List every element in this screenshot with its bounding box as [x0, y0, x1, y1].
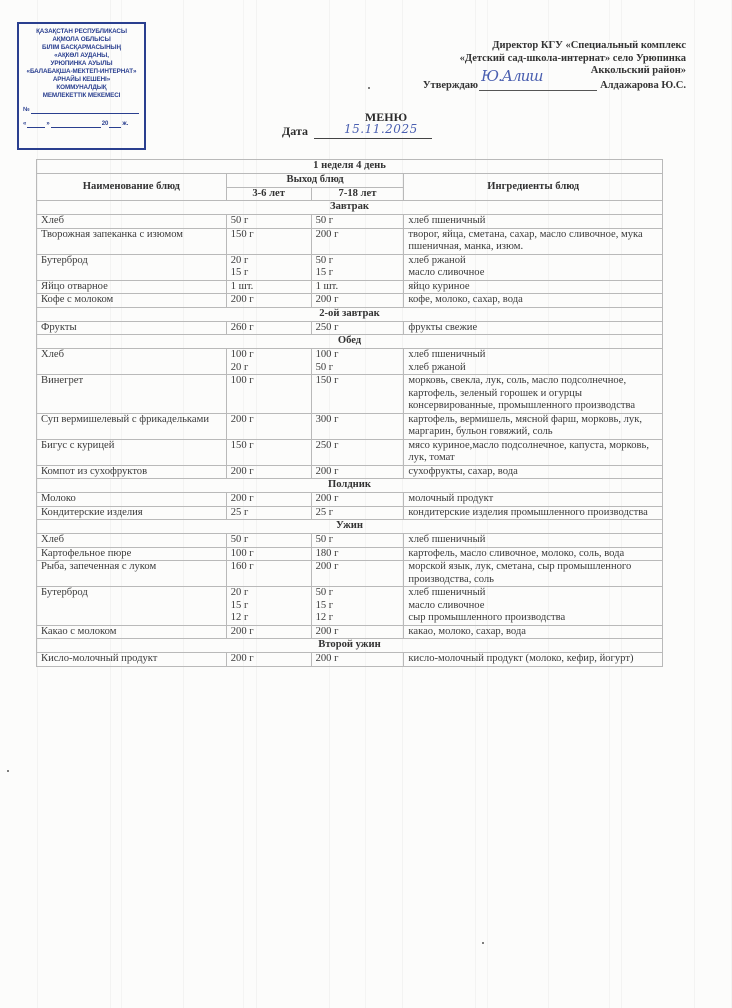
meal-section-header: Обед [37, 335, 663, 349]
dish-name: Хлеб [37, 534, 227, 548]
yield-3-6-cell: 20 г15 г12 г [226, 587, 311, 626]
ingredients-value: какао, молоко, сахар, вода [408, 626, 658, 639]
week-day-header: 1 неделя 4 день [37, 160, 663, 174]
yield-3-6-value: 1 шт. [231, 281, 307, 294]
yield-3-6-value: 150 г [231, 440, 307, 453]
table-row: Кофе с молоком200 г200 гкофе, молоко, са… [37, 294, 663, 308]
meal-section-header: Полдник [37, 479, 663, 493]
stamp-day-line [27, 127, 45, 128]
ingredients-value: творог, яйца, сметана, сахар, масло слив… [408, 229, 658, 254]
yield-7-18-value: 15 г [316, 600, 400, 613]
yield-3-6-cell: 200 г [226, 493, 311, 507]
ingredients-cell: хлеб пшеничныймасло сливочноесыр промышл… [404, 587, 663, 626]
yield-3-6-value: 15 г [231, 600, 307, 613]
stamp-line: КОММУНАЛДЫҚ [19, 84, 144, 92]
yield-3-6-cell: 200 г [226, 653, 311, 667]
table-row: Хлеб50 г50 гхлеб пшеничный [37, 534, 663, 548]
ingredients-cell: молочный продукт [404, 493, 663, 507]
yield-7-18-cell: 50 г15 г12 г [311, 587, 404, 626]
ingredients-value: сухофрукты, сахар, вода [408, 466, 658, 479]
ingredients-cell: творог, яйца, сметана, сахар, масло слив… [404, 228, 663, 254]
yield-7-18-value: 25 г [316, 507, 400, 520]
yield-7-18-cell: 200 г [311, 561, 404, 587]
dish-name: Суп вермишелевый с фрикадельками [37, 413, 227, 439]
speck [7, 770, 9, 772]
signature-line: Ю.Алиш [479, 78, 597, 91]
table-row: Бутерброд20 г15 г50 г15 гхлеб ржаноймасл… [37, 254, 663, 280]
stamp-year-line [109, 127, 121, 128]
stamp-month-line [51, 127, 101, 128]
dish-name: Молоко [37, 493, 227, 507]
ingredients-cell: кофе, молоко, сахар, вода [404, 294, 663, 308]
meal-section-header: Ужин [37, 520, 663, 534]
ingredients-value: картофель, масло сливочное, молоко, соль… [408, 548, 658, 561]
yield-7-18-value: 50 г [316, 534, 400, 547]
ingredients-value: мясо куриное,масло подсолнечное, капуста… [408, 440, 658, 465]
meal-section-title: Обед [37, 335, 663, 349]
dish-name: Яйцо отварное [37, 280, 227, 294]
yield-3-6-value: 20 г [231, 362, 307, 375]
yield-7-18-value: 150 г [316, 375, 400, 388]
meal-section-title: Завтрак [37, 201, 663, 215]
ingredients-value: картофель, вермишель, мясной фарш, морко… [408, 414, 658, 439]
yield-3-6-value: 15 г [231, 267, 307, 280]
yield-7-18-cell: 200 г [311, 465, 404, 479]
yield-7-18-cell: 50 г15 г [311, 254, 404, 280]
yield-3-6-value: 20 г [231, 255, 307, 268]
ingredients-value: масло сливочное [408, 267, 658, 280]
handwritten-signature: Ю.Алиш [481, 70, 542, 83]
ingredients-value: хлеб ржаной [408, 255, 658, 268]
yield-3-6-value: 12 г [231, 612, 307, 625]
dish-name: Бутерброд [37, 587, 227, 626]
dish-name: Бигус с курицей [37, 439, 227, 465]
yield-7-18-value: 200 г [316, 493, 400, 506]
ingredients-value: морковь, свекла, лук, соль, масло подсол… [408, 375, 658, 413]
col-ingredients-header: Ингредиенты блюд [404, 174, 663, 201]
yield-7-18-cell: 150 г [311, 375, 404, 414]
dish-name: Кисло-молочный продукт [37, 653, 227, 667]
dish-name: Творожная запеканка с изюмом [37, 228, 227, 254]
meal-section-title: Полдник [37, 479, 663, 493]
date-line: 15.11.2025 [314, 124, 432, 139]
dish-name: Фрукты [37, 321, 227, 335]
yield-7-18-value: 100 г [316, 349, 400, 362]
table-row: Винегрет100 г150 гморковь, свекла, лук, … [37, 375, 663, 414]
dish-name: Бутерброд [37, 254, 227, 280]
yield-7-18-value: 200 г [316, 653, 400, 666]
stamp-line: МЕМЛЕКЕТТІК МЕКЕМЕСІ [19, 92, 144, 100]
meal-section-title: Ужин [37, 520, 663, 534]
ingredients-cell: морской язык, лук, сметана, сыр промышле… [404, 561, 663, 587]
col-yield-header: Выход блюд [226, 174, 404, 188]
yield-7-18-cell: 200 г [311, 228, 404, 254]
yield-7-18-value: 50 г [316, 215, 400, 228]
yield-7-18-value: 1 шт. [316, 281, 400, 294]
approval-block: Директор КГУ «Специальный комплекс «Детс… [423, 40, 686, 93]
meal-section-header: Второй ужин [37, 639, 663, 653]
yield-7-18-cell: 200 г [311, 493, 404, 507]
table-row: Кисло-молочный продукт200 г200 гкисло-мо… [37, 653, 663, 667]
yield-3-6-cell: 160 г [226, 561, 311, 587]
table-row: Компот из сухофруктов200 г200 гсухофрукт… [37, 465, 663, 479]
table-row: Бигус с курицей150 г250 гмясо куриное,ма… [37, 439, 663, 465]
yield-7-18-value: 50 г [316, 255, 400, 268]
yield-3-6-cell: 150 г [226, 228, 311, 254]
dish-name: Хлеб [37, 215, 227, 229]
speck [482, 942, 484, 944]
yield-3-6-cell: 200 г [226, 625, 311, 639]
date-value: 15.11.2025 [344, 122, 418, 136]
yield-3-6-value: 200 г [231, 414, 307, 427]
ingredients-value: яйцо куриное [408, 281, 658, 294]
date-row: Дата 15.11.2025 [282, 124, 432, 139]
col-age-3-6-header: 3-6 лет [226, 187, 311, 201]
ingredients-cell: яйцо куриное [404, 280, 663, 294]
yield-3-6-cell: 200 г [226, 465, 311, 479]
ingredients-value: молочный продукт [408, 493, 658, 506]
dish-name: Хлеб [37, 349, 227, 375]
menu-body: ЗавтракХлеб50 г50 гхлеб пшеничныйТворожн… [37, 201, 663, 667]
ingredients-cell: хлеб пшеничныйхлеб ржаной [404, 349, 663, 375]
director-name: Алдажарова Ю.С. [600, 80, 686, 93]
yield-7-18-value: 300 г [316, 414, 400, 427]
speck [368, 87, 370, 89]
ingredients-value: кисло-молочный продукт (молоко, кефир, й… [408, 653, 658, 666]
yield-3-6-value: 150 г [231, 229, 307, 242]
yield-3-6-cell: 1 шт. [226, 280, 311, 294]
table-row: Кондитерские изделия25 г25 гкондитерские… [37, 506, 663, 520]
yield-3-6-value: 200 г [231, 493, 307, 506]
ingredients-value: кофе, молоко, сахар, вода [408, 294, 658, 307]
ingredients-value: хлеб пшеничный [408, 534, 658, 547]
meal-section-title: Второй ужин [37, 639, 663, 653]
yield-7-18-cell: 1 шт. [311, 280, 404, 294]
yield-3-6-cell: 100 г [226, 375, 311, 414]
yield-3-6-cell: 100 г [226, 547, 311, 561]
meal-section-header: 2-ой завтрак [37, 307, 663, 321]
yield-7-18-value: 250 г [316, 440, 400, 453]
yield-3-6-cell: 20 г15 г [226, 254, 311, 280]
ingredients-cell: кондитерские изделия промышленного произ… [404, 506, 663, 520]
ingredients-cell: фрукты свежие [404, 321, 663, 335]
stamp-line: УРЮПИНКА АУЫЛЫ [19, 60, 144, 68]
ingredients-value: морской язык, лук, сметана, сыр промышле… [408, 561, 658, 586]
ingredients-value: хлеб пшеничный [408, 587, 658, 600]
yield-3-6-value: 20 г [231, 587, 307, 600]
yield-7-18-cell: 200 г [311, 294, 404, 308]
table-row: Картофельное пюре100 г180 гкартофель, ма… [37, 547, 663, 561]
yield-3-6-cell: 50 г [226, 534, 311, 548]
yield-3-6-value: 260 г [231, 322, 307, 335]
yield-7-18-value: 50 г [316, 587, 400, 600]
ingredients-value: хлеб ржаной [408, 362, 658, 375]
yield-3-6-cell: 25 г [226, 506, 311, 520]
yield-7-18-value: 250 г [316, 322, 400, 335]
yield-7-18-value: 200 г [316, 229, 400, 242]
yield-3-6-value: 200 г [231, 653, 307, 666]
yield-3-6-value: 100 г [231, 375, 307, 388]
approve-label: Утверждаю [423, 80, 478, 93]
ingredients-cell: картофель, вермишель, мясной фарш, морко… [404, 413, 663, 439]
yield-3-6-cell: 260 г [226, 321, 311, 335]
ingredients-cell: хлеб пшеничный [404, 534, 663, 548]
ingredients-cell: хлеб пшеничный [404, 215, 663, 229]
ingredients-cell: кисло-молочный продукт (молоко, кефир, й… [404, 653, 663, 667]
table-row: Хлеб100 г20 г100 г50 гхлеб пшеничныйхлеб… [37, 349, 663, 375]
ingredients-value: хлеб пшеничный [408, 215, 658, 228]
yield-3-6-value: 25 г [231, 507, 307, 520]
ingredients-value: фрукты свежие [408, 322, 658, 335]
table-row: Бутерброд20 г15 г12 г50 г15 г12 гхлеб пш… [37, 587, 663, 626]
yield-3-6-cell: 200 г [226, 294, 311, 308]
yield-3-6-value: 50 г [231, 534, 307, 547]
yield-3-6-value: 160 г [231, 561, 307, 574]
dish-name: Картофельное пюре [37, 547, 227, 561]
yield-7-18-value: 200 г [316, 294, 400, 307]
table-row: Творожная запеканка с изюмом150 г200 гтв… [37, 228, 663, 254]
yield-7-18-cell: 200 г [311, 653, 404, 667]
ingredients-cell: сухофрукты, сахар, вода [404, 465, 663, 479]
yield-7-18-value: 200 г [316, 626, 400, 639]
yield-7-18-cell: 250 г [311, 321, 404, 335]
approval-line-1: Директор КГУ «Специальный комплекс [423, 40, 686, 53]
stamp-line: АҚМОЛА ОБЛЫСЫ [19, 36, 144, 44]
ingredients-cell: какао, молоко, сахар, вода [404, 625, 663, 639]
yield-7-18-value: 180 г [316, 548, 400, 561]
stamp-line: «АҚКӨЛ АУДАНЫ, [19, 52, 144, 60]
menu-table: 1 неделя 4 день Наименование блюд Выход … [36, 159, 663, 667]
stamp-line: ҚАЗАҚСТАН РЕСПУБЛИКАСЫ [19, 28, 144, 36]
yield-7-18-cell: 250 г [311, 439, 404, 465]
yield-3-6-cell: 150 г [226, 439, 311, 465]
col-dish-name-header: Наименование блюд [37, 174, 227, 201]
ingredients-cell: хлеб ржаноймасло сливочное [404, 254, 663, 280]
yield-7-18-cell: 50 г [311, 534, 404, 548]
yield-3-6-value: 200 г [231, 294, 307, 307]
approval-line-3: Аккольский район» [423, 65, 686, 78]
yield-3-6-value: 200 г [231, 466, 307, 479]
dish-name: Кондитерские изделия [37, 506, 227, 520]
yield-3-6-value: 100 г [231, 349, 307, 362]
yield-7-18-cell: 100 г50 г [311, 349, 404, 375]
col-age-7-18-header: 7-18 лет [311, 187, 404, 201]
dish-name: Компот из сухофруктов [37, 465, 227, 479]
yield-7-18-value: 50 г [316, 362, 400, 375]
ingredients-value: кондитерские изделия промышленного произ… [408, 507, 658, 520]
yield-7-18-cell: 50 г [311, 215, 404, 229]
yield-3-6-value: 100 г [231, 548, 307, 561]
approval-line-2: «Детский сад-школа-интернат» село Урюпин… [423, 53, 686, 66]
table-row: Яйцо отварное1 шт.1 шт.яйцо куриное [37, 280, 663, 294]
yield-7-18-cell: 25 г [311, 506, 404, 520]
yield-7-18-value: 200 г [316, 561, 400, 574]
ingredients-value: сыр промышленного производства [408, 612, 658, 625]
yield-3-6-cell: 50 г [226, 215, 311, 229]
dish-name: Какао с молоком [37, 625, 227, 639]
dish-name: Рыба, запеченная с луком [37, 561, 227, 587]
table-row: Фрукты260 г250 гфрукты свежие [37, 321, 663, 335]
dish-name: Винегрет [37, 375, 227, 414]
stamp-line: «БАЛАБАҚША-МЕКТЕП-ИНТЕРНАТ» [19, 68, 144, 76]
ingredients-value: хлеб пшеничный [408, 349, 658, 362]
yield-7-18-cell: 200 г [311, 625, 404, 639]
yield-7-18-value: 15 г [316, 267, 400, 280]
table-row: Молоко200 г200 гмолочный продукт [37, 493, 663, 507]
table-row: Какао с молоком200 г200 гкакао, молоко, … [37, 625, 663, 639]
ingredients-cell: морковь, свекла, лук, соль, масло подсол… [404, 375, 663, 414]
yield-7-18-cell: 300 г [311, 413, 404, 439]
stamp-line: АРНАЙЫ КЕШЕНІ» [19, 76, 144, 84]
meal-section-header: Завтрак [37, 201, 663, 215]
yield-7-18-value: 12 г [316, 612, 400, 625]
date-label: Дата [282, 124, 308, 139]
yield-7-18-cell: 180 г [311, 547, 404, 561]
official-stamp: ҚАЗАҚСТАН РЕСПУБЛИКАСЫ АҚМОЛА ОБЛЫСЫ БІЛ… [17, 22, 146, 150]
approval-sign-row: Утверждаю Ю.Алиш Алдажарова Ю.С. [423, 78, 686, 93]
yield-3-6-cell: 200 г [226, 413, 311, 439]
dish-name: Кофе с молоком [37, 294, 227, 308]
yield-3-6-cell: 100 г20 г [226, 349, 311, 375]
stamp-line: БІЛІМ БАСҚАРМАСЫНЫҢ [19, 44, 144, 52]
table-row: Суп вермишелевый с фрикадельками200 г300… [37, 413, 663, 439]
table-row: Рыба, запеченная с луком160 г200 гморско… [37, 561, 663, 587]
meal-section-title: 2-ой завтрак [37, 307, 663, 321]
table-row: Хлеб50 г50 гхлеб пшеничный [37, 215, 663, 229]
ingredients-value: масло сливочное [408, 600, 658, 613]
yield-3-6-value: 200 г [231, 626, 307, 639]
ingredients-cell: картофель, масло сливочное, молоко, соль… [404, 547, 663, 561]
yield-3-6-value: 50 г [231, 215, 307, 228]
yield-7-18-value: 200 г [316, 466, 400, 479]
ingredients-cell: мясо куриное,масло подсолнечное, капуста… [404, 439, 663, 465]
